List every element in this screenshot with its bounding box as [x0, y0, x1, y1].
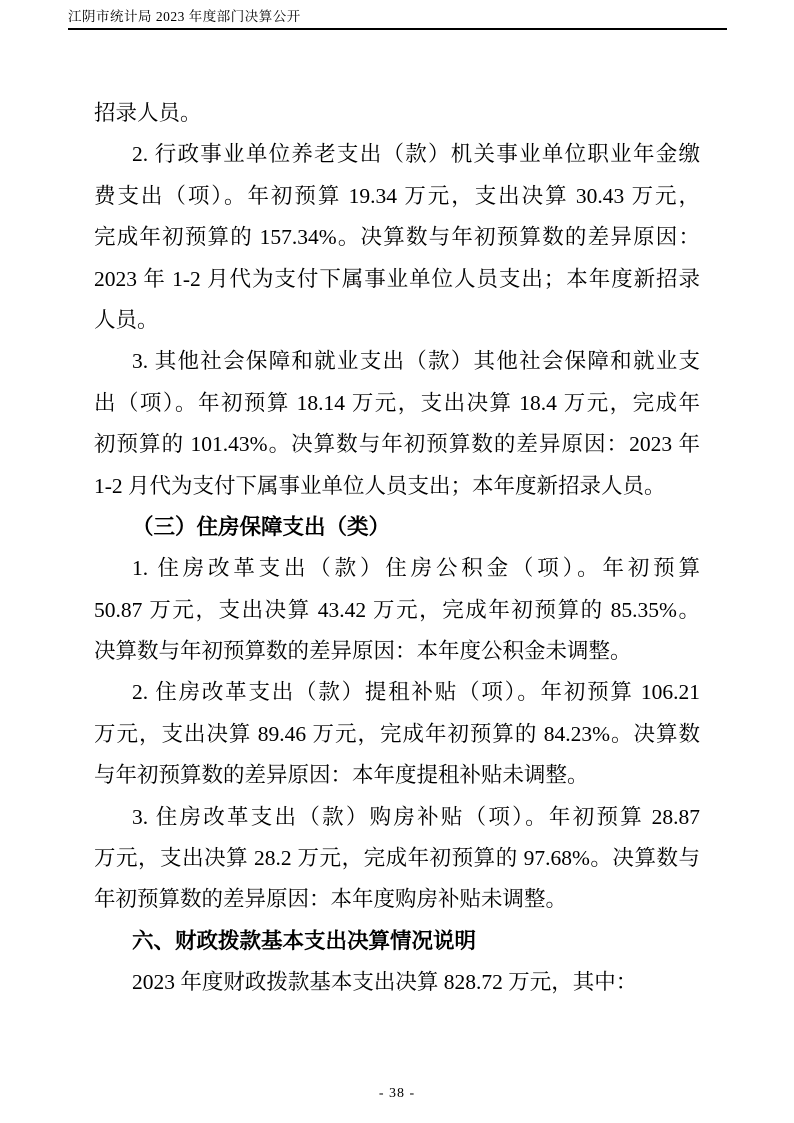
document-line: 出（项）。年初预算 18.14 万元，支出决算 18.4 万元，完成年: [94, 383, 700, 424]
document-line: 1. 住房改革支出（款）住房公积金（项）。年初预算: [94, 548, 700, 589]
document-line: 2023 年 1-2 月代为支付下属事业单位人员支出；本年度新招录: [94, 259, 700, 300]
page-footer: - 38 -: [0, 1086, 794, 1102]
document-line: 万元，支出决算 89.46 万元，完成年初预算的 84.23%。决算数: [94, 714, 700, 755]
document-line: 招录人员。: [94, 93, 700, 134]
page-number: - 38 -: [379, 1086, 415, 1101]
document-line: 万元，支出决算 28.2 万元，完成年初预算的 97.68%。决算数与: [94, 838, 700, 879]
document-line: 50.87 万元，支出决算 43.42 万元，完成年初预算的 85.35%。: [94, 590, 700, 631]
document-line: 1-2 月代为支付下属事业单位人员支出；本年度新招录人员。: [94, 466, 700, 507]
document-line: 2023 年度财政拨款基本支出决算 828.72 万元，其中：: [94, 962, 700, 1003]
header-title: 江阴市统计局 2023 年度部门决算公开: [68, 5, 301, 25]
document-line: 完成年初预算的 157.34%。决算数与年初预算数的差异原因：: [94, 217, 700, 258]
document-body: 招录人员。2. 行政事业单位养老支出（款）机关事业单位职业年金缴费支出（项）。年…: [94, 93, 700, 1004]
document-line: 决算数与年初预算数的差异原因：本年度公积金未调整。: [94, 631, 700, 672]
document-line: 2. 住房改革支出（款）提租补贴（项）。年初预算 106.21: [94, 672, 700, 713]
document-line: 费支出（项）。年初预算 19.34 万元，支出决算 30.43 万元，: [94, 176, 700, 217]
document-line: 人员。: [94, 300, 700, 341]
document-line: 与年初预算数的差异原因：本年度提租补贴未调整。: [94, 755, 700, 796]
document-line: 2. 行政事业单位养老支出（款）机关事业单位职业年金缴: [94, 134, 700, 175]
document-line: 3. 其他社会保障和就业支出（款）其他社会保障和就业支: [94, 341, 700, 382]
document-page: 江阴市统计局 2023 年度部门决算公开 招录人员。2. 行政事业单位养老支出（…: [0, 0, 794, 1123]
document-line: （三）住房保障支出（类）: [94, 507, 700, 548]
document-line: 3. 住房改革支出（款）购房补贴（项）。年初预算 28.87: [94, 797, 700, 838]
document-line: 六、财政拨款基本支出决算情况说明: [94, 921, 700, 962]
page-header: 江阴市统计局 2023 年度部门决算公开: [68, 0, 727, 30]
document-line: 年初预算数的差异原因：本年度购房补贴未调整。: [94, 879, 700, 920]
document-line: 初预算的 101.43%。决算数与年初预算数的差异原因：2023 年: [94, 424, 700, 465]
